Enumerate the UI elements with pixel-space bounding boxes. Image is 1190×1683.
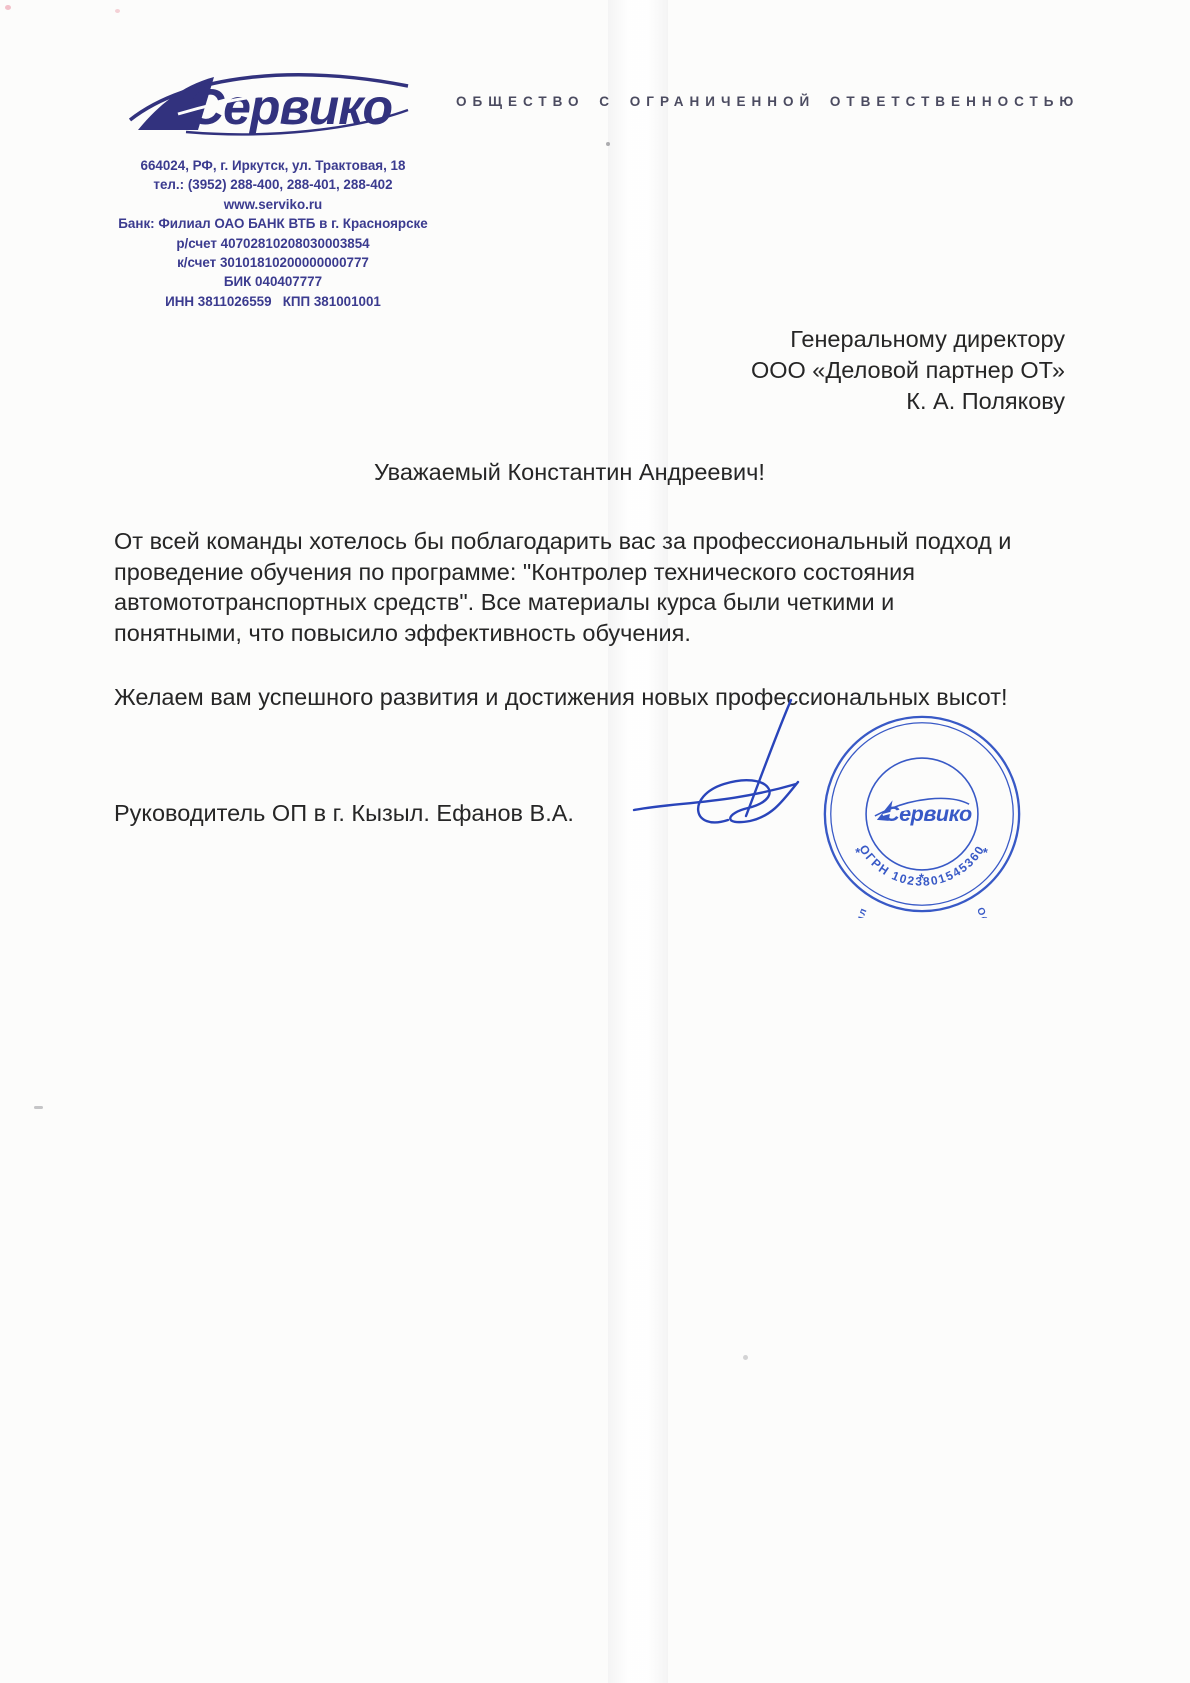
recipient-company: ООО «Деловой партнер ОТ» <box>751 355 1065 386</box>
logo-wordmark: Сервико <box>188 79 392 135</box>
recipient-block: Генеральному директору ООО «Деловой парт… <box>751 324 1065 417</box>
scan-artifact-band <box>608 0 668 1683</box>
serviko-logo: Сервико <box>128 66 413 141</box>
phone-line: тел.: (3952) 288-400, 288-401, 288-402 <box>98 175 448 194</box>
scan-speck <box>5 5 11 10</box>
handwritten-signature <box>628 694 806 832</box>
scanned-letter-page: Сервико ОБЩЕСТВО С ОГРАНИЧЕННОЙ ОТВЕТСТВ… <box>0 0 1190 1683</box>
bik-line: БИК 040407777 <box>98 272 448 291</box>
stamp-center-logo: Сервико <box>884 801 972 826</box>
scan-speck <box>34 1106 43 1109</box>
letterhead-requisites: 664024, РФ, г. Иркутск, ул. Трактовая, 1… <box>98 156 448 311</box>
website-line: www.serviko.ru <box>98 195 448 214</box>
stamp-star-bottom: * <box>919 871 924 886</box>
recipient-position: Генеральному директору <box>751 324 1065 355</box>
settlement-account-line: р/счет 40702810208030003854 <box>98 234 448 253</box>
stamp-star-right: * <box>983 845 988 860</box>
company-stamp: Общество с ограниченной ответственностью… <box>818 710 1026 918</box>
org-type-line: ОБЩЕСТВО С ОГРАНИЧЕННОЙ ОТВЕТСТВЕННОСТЬЮ <box>456 94 1079 109</box>
body-paragraph-1: От всей команды хотелось бы поблагодарит… <box>114 526 1014 648</box>
signature-title-line: Руководитель ОП в г. Кызыл. Ефанов В.А. <box>114 800 574 827</box>
bank-line: Банк: Филиал ОАО БАНК ВТБ в г. Красноярс… <box>98 214 448 233</box>
address-line: 664024, РФ, г. Иркутск, ул. Трактовая, 1… <box>98 156 448 175</box>
scan-speck <box>606 142 610 146</box>
scan-speck <box>743 1355 748 1360</box>
recipient-name: К. А. Полякову <box>751 386 1065 417</box>
stamp-star-left: * <box>855 845 860 860</box>
inn-kpp-line: ИНН 3811026559 КПП 381001001 <box>98 292 448 311</box>
correspondent-account-line: к/счет 30101810200000000777 <box>98 253 448 272</box>
salutation: Уважаемый Константин Андреевич! <box>374 459 765 486</box>
body-paragraph-2: Желаем вам успешного развития и достижен… <box>114 682 1014 713</box>
scan-speck <box>115 9 120 13</box>
